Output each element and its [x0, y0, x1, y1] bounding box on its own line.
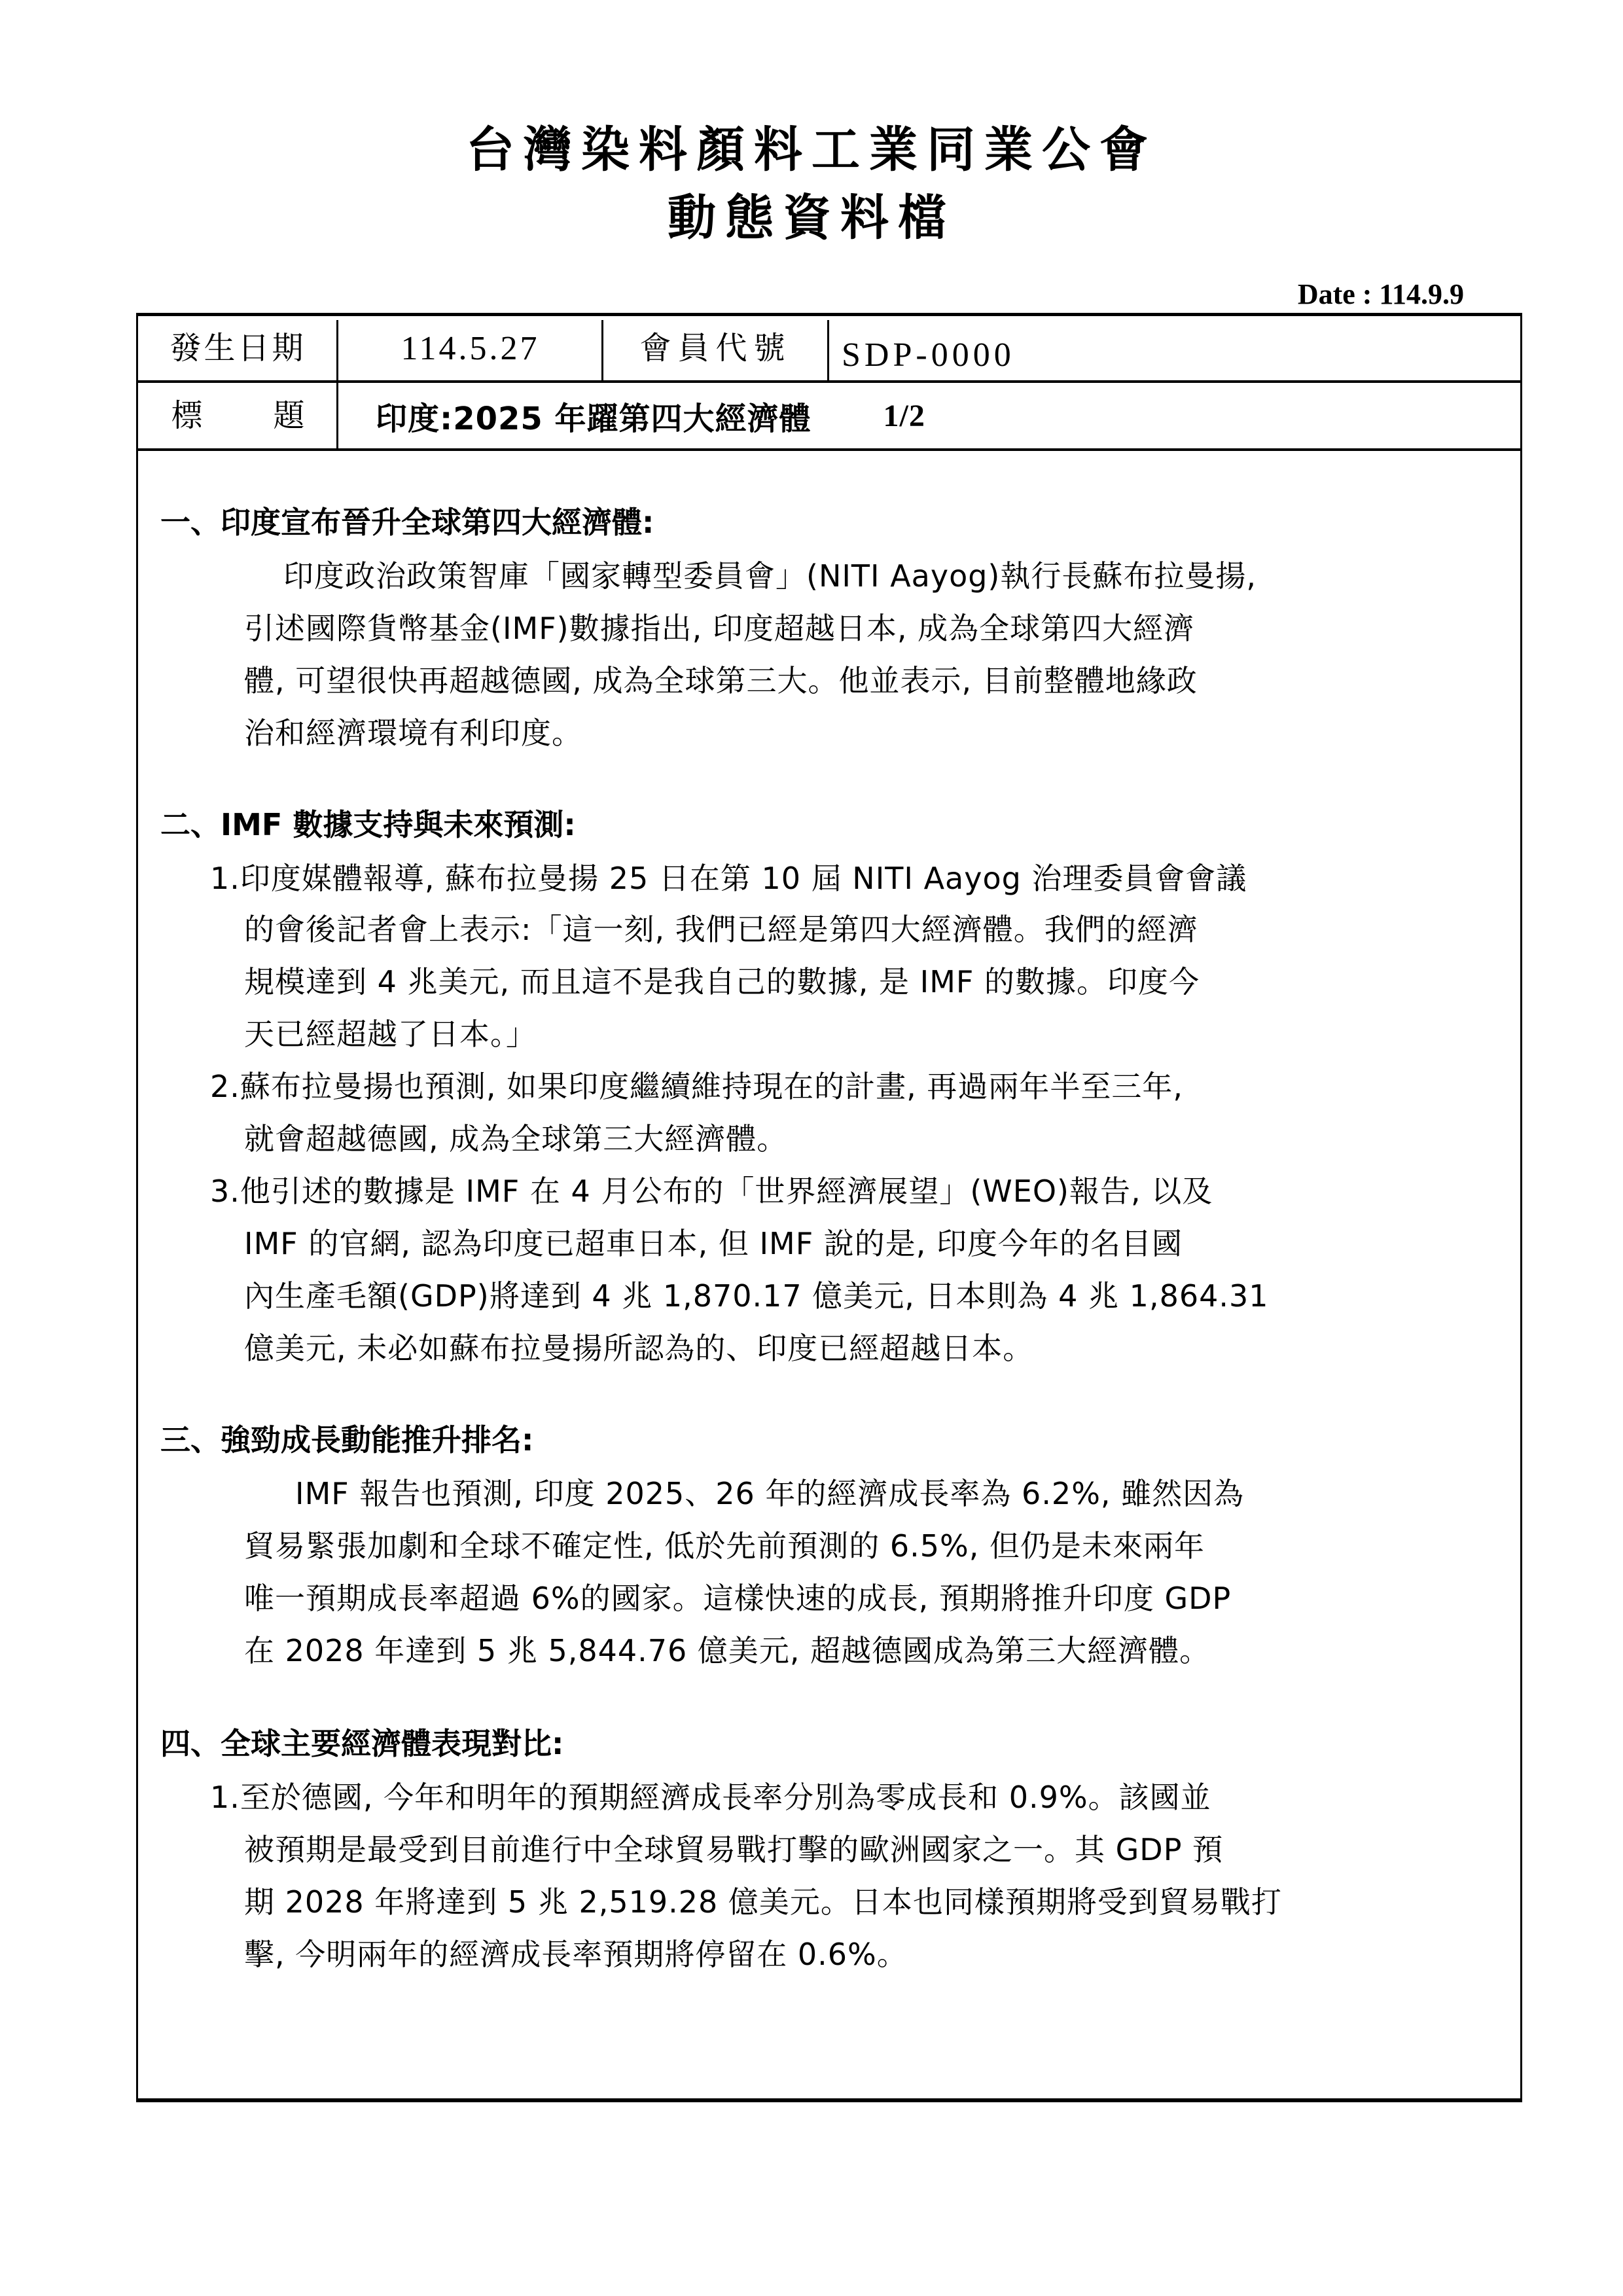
subject-label: 標 題 [138, 383, 338, 448]
page-indicator: 1/2 [883, 398, 925, 434]
section-3-line: 在 2028 年達到 5 兆 5,844.76 億美元, 超越德國成為第三大經濟… [244, 1636, 1210, 1666]
occurrence-date-value: 114.5.27 [338, 316, 603, 380]
section-1-line: 印度政治政策智庫「國家轉型委員會」(NITI Aayog)執行長蘇布拉曼揚, [283, 561, 1257, 591]
section-1-line: 引述國際貨幣基金(IMF)數據指出, 印度超越日本, 成為全球第四大經濟 [244, 613, 1194, 643]
section-2-item-1-line: 的會後記者會上表示:「這一刻, 我們已經是第四大經濟體。我們的經濟 [244, 914, 1198, 944]
section-2-item-3-line: 內生產毛額(GDP)將達到 4 兆 1,870.17 億美元, 日本則為 4 兆… [244, 1281, 1269, 1311]
section-2-item-1-line: 天已經超越了日本。」 [244, 1019, 537, 1049]
section-3-line: 貿易緊張加劇和全球不確定性, 低於先前預測的 6.5%, 但仍是未來兩年 [244, 1531, 1205, 1561]
section-1-line: 體, 可望很快再超越德國, 成為全球第三大。他並表示, 目前整體地緣政 [244, 666, 1198, 696]
document-frame: 發生日期 114.5.27 會員代號 SDP-0000 標 題 印度:2025 … [136, 313, 1522, 2102]
section-3-line: IMF 報告也預測, 印度 2025、26 年的經濟成長率為 6.2%, 雖然因… [295, 1479, 1244, 1509]
member-code-value: SDP-0000 [829, 316, 1483, 380]
section-4-item-1-line: 擊, 今明兩年的經濟成長率預期將停留在 0.6%。 [244, 1939, 908, 1969]
section-2-item-1-line: 1.印度媒體報導, 蘇布拉曼揚 25 日在第 10 屆 NITI Aayog 治… [210, 863, 1247, 893]
section-2-item-1-line: 規模達到 4 兆美元, 而且這不是我自己的數據, 是 IMF 的數據。印度今 [244, 967, 1200, 997]
section-heading-3: 三、強勁成長動能推升排名: [160, 1425, 533, 1455]
organization-name: 台灣染料顏料工業同業公會 [0, 126, 1623, 174]
section-2-item-2-line: 2.蘇布拉曼揚也預測, 如果印度繼續維持現在的計畫, 再過兩年半至三年, [210, 1071, 1183, 1102]
section-heading-2: 二、IMF 數據支持與未來預測: [160, 810, 576, 840]
section-4-item-1-line: 被預期是最受到目前進行中全球貿易戰打擊的歐洲國家之一。其 GDP 預 [244, 1835, 1223, 1865]
document-type-title: 動態資料檔 [0, 194, 1623, 242]
subject-label-char-2: 題 [274, 400, 305, 431]
subject-value: 印度:2025 年躍第四大經濟體 1/2 [338, 383, 1450, 448]
section-1-line: 治和經濟環境有利印度。 [244, 718, 582, 748]
info-row-subject: 標 題 印度:2025 年躍第四大經濟體 1/2 [138, 383, 1520, 451]
section-2-item-2-line: 就會超越德國, 成為全球第三大經濟體。 [244, 1124, 787, 1154]
section-heading-4: 四、全球主要經濟體表現對比: [160, 1729, 563, 1759]
section-4-item-1-line: 1.至於德國, 今年和明年的預期經濟成長率分別為零成長和 0.9%。該國並 [210, 1782, 1211, 1812]
section-4-item-1-line: 期 2028 年將達到 5 兆 2,519.28 億美元。日本也同樣預期將受到貿… [244, 1887, 1282, 1917]
section-2-item-3-line: 3.他引述的數據是 IMF 在 4 月公布的「世界經濟展望」(WEO)報告, 以… [210, 1176, 1213, 1206]
date-stamp: Date : 114.9.9 [1298, 280, 1464, 309]
occurrence-date-label: 發生日期 [138, 316, 338, 380]
subject-text: 印度:2025 年躍第四大經濟體 [376, 393, 811, 439]
section-3-line: 唯一預期成長率超過 6%的國家。這樣快速的成長, 預期將推升印度 GDP [244, 1583, 1231, 1613]
section-2-item-3-line: IMF 的官網, 認為印度已超車日本, 但 IMF 說的是, 印度今年的名目國 [244, 1229, 1183, 1259]
member-code-label: 會員代號 [603, 316, 829, 380]
info-row-date-member: 發生日期 114.5.27 會員代號 SDP-0000 [138, 316, 1520, 383]
section-2-item-3-line: 億美元, 未必如蘇布拉曼揚所認為的、印度已經超越日本。 [244, 1333, 1033, 1363]
subject-label-char-1: 標 [171, 400, 202, 431]
section-heading-1: 一、印度宣布晉升全球第四大經濟體: [160, 507, 654, 537]
